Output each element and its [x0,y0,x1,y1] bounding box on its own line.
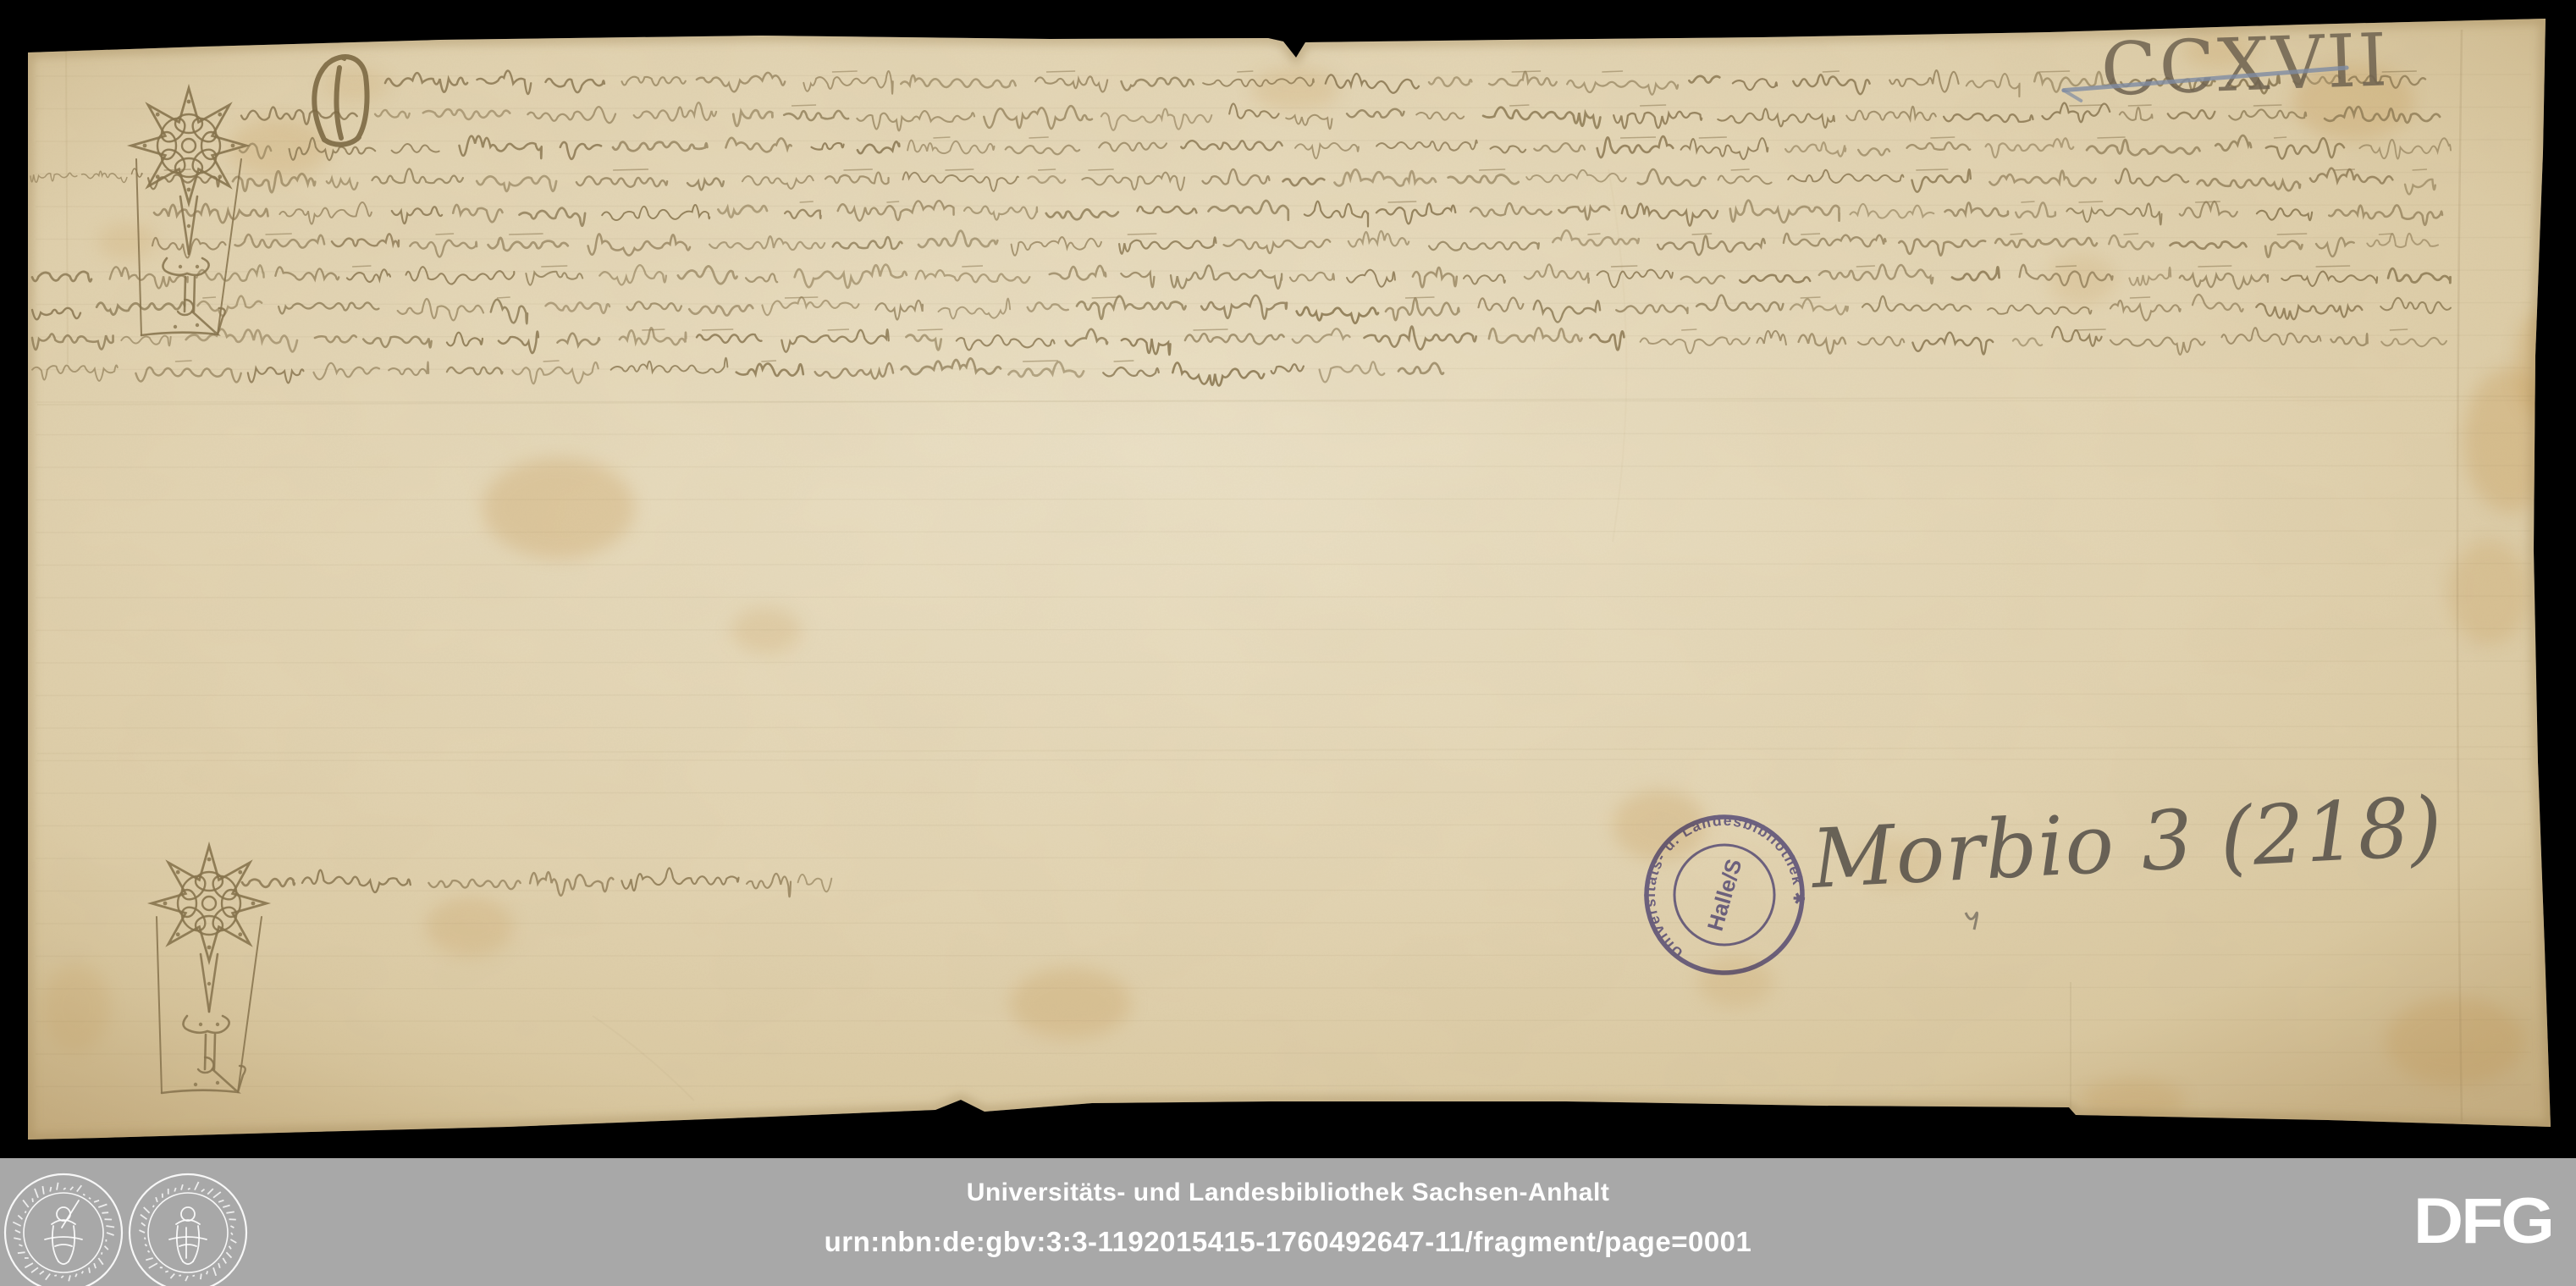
dfg-logo: DFG [2413,1184,2552,1258]
script-macron [785,297,818,298]
seal-legend-tick [25,1263,33,1267]
script-macron [266,234,292,235]
sign-dot [196,265,199,268]
seal-legend-tick [82,1271,84,1273]
script-macron [352,266,371,267]
sign-dot [176,932,180,936]
sign-dot [187,188,191,192]
seal-figure [176,1220,200,1224]
script-macron [918,329,943,330]
script-macron [702,329,733,330]
script-macron [1128,234,1157,235]
sign-dot [231,144,235,148]
sign-dot [196,323,199,327]
script-macron [2069,105,2102,106]
script-macron [792,105,816,106]
seal-legend-tick [218,1263,220,1268]
script-macron [1038,169,1056,170]
script-macron [2274,137,2286,138]
script-macron [541,266,567,267]
scan-viewport: CCXVII Morbio 3 (218) Universitäts- u. L… [0,0,2576,1286]
sign-dot [174,325,177,328]
sign-dot [207,946,212,950]
script-macron [2039,71,2070,72]
seal-legend-tick [201,1274,201,1280]
urn-identifier: urn:nbn:de:gbv:3:3-1192015415-1760492647… [0,1226,2576,1258]
seal-legend-tick [69,1275,70,1281]
script-macron [933,137,950,138]
sign-dot [187,100,191,104]
script-macron [2130,297,2150,298]
seal-legend-tick [226,1211,234,1212]
sign-dot [199,1023,202,1026]
script-macron [2097,137,2125,138]
sign-dot [176,870,180,875]
script-macron [2011,234,2023,235]
script-macron [1092,297,1120,298]
script-macron [2333,169,2354,170]
sign-dot [207,858,212,862]
script-macron [1512,71,1542,72]
script-macron [2021,201,2034,202]
seal-legend-tick [18,1216,22,1220]
script-macron [175,361,192,362]
sign-dot [216,1081,219,1085]
script-macron [2316,266,2351,267]
sign-dot [251,902,256,906]
seal-legend-tick [94,1263,96,1268]
script-macron [843,169,872,170]
sign-dot [179,265,182,268]
script-macron [1587,234,1600,235]
seal-legend-tick [40,1271,44,1274]
script-macron [1620,137,1656,138]
viewer-footer: Universitäts- und Landesbibliothek Sachs… [0,1158,2576,1286]
script-macron [2277,234,2308,235]
script-macron [164,169,191,170]
script-macron [497,297,510,298]
script-macron [613,169,648,170]
script-macron [800,201,814,202]
script-macron [1731,169,1750,170]
seal-legend-tick [223,1258,226,1263]
script-macron [509,234,543,235]
seal-legend-tick [46,1274,50,1280]
script-macron [1699,137,1727,138]
script-macron [1387,201,1416,202]
footer-seals [0,1158,262,1286]
seal-legend-tick [102,1212,108,1213]
script-macron [761,361,776,362]
script-macron [1823,71,1840,72]
script-macron [2195,201,2220,202]
script-macron [1114,361,1134,362]
script-macron [2055,266,2077,267]
script-macron [1405,297,1435,298]
sign-dot [218,113,222,117]
script-macron [2078,201,2103,202]
script-macron [1029,137,1048,138]
seal-figure [183,1261,193,1264]
seal-legend-tick [54,1275,57,1276]
script-macron [962,266,983,267]
seal-figure-head [181,1207,195,1221]
script-macron [1681,329,1696,330]
parchment-scan: CCXVII Morbio 3 (218) Universitäts- u. L… [0,0,2576,1286]
script-macron [828,329,849,330]
archival-number: CCXVII [2099,18,2391,113]
script-macron [1930,137,1955,138]
sign-dot [238,870,242,875]
script-macron [1856,266,1875,267]
seal-legend-tick [89,1267,90,1272]
script-macron [1692,234,1713,235]
script-macron [202,297,216,298]
script-macron [1023,361,1058,362]
seal-legend-tick [61,1276,63,1278]
seal-legend-tick [146,1258,152,1260]
script-macron [2390,329,2408,330]
script-macron [886,201,899,202]
script-macron [1046,71,1075,72]
sign-dot [187,224,190,228]
seal-legend-tick [165,1271,168,1272]
script-macron [2074,329,2105,330]
seal-legend-tick [75,1274,77,1278]
script-macron [2198,266,2231,267]
script-macron [1088,169,1113,170]
seal-legend-tick [213,1267,216,1276]
seal-legend-tick [207,1271,207,1274]
script-macron [543,361,560,362]
script-macron [1237,71,1253,72]
sign-dot [238,932,242,936]
sign-dot [216,1023,219,1026]
script-macron [1602,71,1623,72]
script-macron [1479,169,1505,170]
script-macron [642,329,665,330]
script-macron [2413,169,2427,170]
seal-legend-tick [98,1258,103,1265]
sign-dot [143,144,147,148]
seal-figure-head [57,1207,70,1221]
script-macron [1801,234,1820,235]
seal-legend-tick [141,1215,147,1220]
sign-dot [163,902,168,906]
script-macron [2379,234,2393,235]
sign-stem [205,1035,206,1069]
seal-legend-tick [185,1276,188,1281]
script-macron [1916,169,1948,170]
sign-dot [156,113,160,117]
seal-figure [58,1261,69,1264]
script-macron [1640,105,1666,106]
script-macron [1611,266,1637,267]
seal-legend-tick [149,1263,157,1268]
sign-dot [194,1083,197,1086]
script-macron [832,71,858,72]
seal-legend-tick [193,1275,196,1276]
script-macron [1193,329,1227,330]
library-name: Universitäts- und Landesbibliothek Sachs… [0,1178,2576,1207]
seal-legend-tick [31,1267,38,1272]
script-macron [1801,297,1821,298]
edge-vignette [0,0,2576,1160]
seal-legend-tick [25,1211,26,1213]
script-macron [1509,105,1529,106]
seal-legend-tick [170,1274,174,1279]
script-macron [435,234,454,235]
script-macron [945,169,974,170]
seal-legend-tick [144,1207,150,1213]
script-macron [2123,234,2138,235]
sign-dot [207,982,211,985]
